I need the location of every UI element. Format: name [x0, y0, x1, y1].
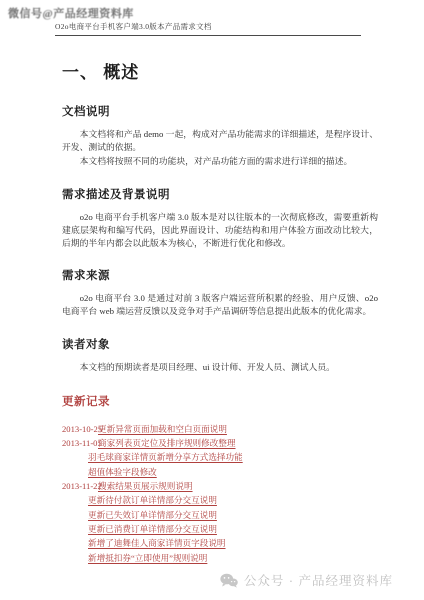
update-date: 2013-11-22	[62, 479, 95, 493]
section-heading-readers: 读者对象	[62, 336, 378, 352]
paragraph: 本文档将按照不同的功能块，对产品功能方面的需求进行详细的描述。	[62, 155, 378, 168]
update-item: 更新待付款订单详情部分交互说明	[88, 495, 217, 505]
update-item: 更新已消费订单详情部分交互说明	[88, 524, 217, 534]
wechat-id-watermark: 微信号@产品经理资料库	[8, 5, 134, 21]
update-item: 羽毛球商家详情页新增分享方式选择功能	[88, 452, 243, 462]
wechat-icon	[220, 573, 238, 588]
paragraph: o2o 电商平台 3.0 是通过对前 3 版客户端运营所积累的经验、用户反馈、o…	[62, 292, 378, 318]
section-heading-update-log: 更新记录	[62, 393, 378, 409]
update-item: 更新已失效订单详情部分交互说明	[88, 510, 217, 520]
paragraph: 本文档将和产品 demo 一起，构成对产品功能需求的详细描述，是程序设计、开发、…	[62, 128, 378, 154]
update-item: 搜索结果页展示规则说明	[98, 481, 193, 491]
document-body: 一、 概述 文档说明 本文档将和产品 demo 一起，构成对产品功能需求的详细描…	[62, 52, 378, 565]
update-item: 新增抵扣券“立即使用”规则说明	[88, 553, 207, 563]
page-header-title: O2o电商平台手机客户端3.0版本产品需求文档	[55, 21, 361, 36]
update-log-row: 2013-11-05商家列表页定位及排序规则修改整理	[62, 436, 378, 450]
update-item: 新增了迪舞佳人商家详情页字段说明	[88, 538, 226, 548]
document-page: 微信号@产品经理资料库 O2o电商平台手机客户端3.0版本产品需求文档 一、 概…	[0, 0, 424, 600]
section-heading-doc-desc: 文档说明	[62, 103, 378, 119]
update-log-row: 2013-10-25更新异常页面加载和空白页面说明	[62, 422, 378, 436]
footer-watermark: 公众号 · 产品经理资料库	[220, 571, 393, 589]
update-log-row: 新增抵扣券“立即使用”规则说明	[62, 551, 378, 565]
section-heading-background: 需求描述及背景说明	[62, 186, 378, 202]
update-log-row: 更新已失效订单详情部分交互说明	[62, 508, 378, 522]
update-log-row: 超值体验字段修改	[62, 465, 378, 479]
update-log-row: 羽毛球商家详情页新增分享方式选择功能	[62, 450, 378, 464]
paragraph: 本文档的预期读者是项目经理、ui 设计师、开发人员、测试人员。	[62, 361, 378, 374]
update-log-row: 新增了迪舞佳人商家详情页字段说明	[62, 536, 378, 550]
update-log-row: 2013-11-22搜索结果页展示规则说明	[62, 479, 378, 493]
update-log-row: 更新已消费订单详情部分交互说明	[62, 522, 378, 536]
paragraph: o2o 电商平台手机客户端 3.0 版本是对以往版本的一次彻底修改，需要重新构建…	[62, 211, 378, 251]
update-item: 商家列表页定位及排序规则修改整理	[98, 438, 236, 448]
update-item: 更新异常页面加载和空白页面说明	[98, 424, 227, 434]
update-date: 2013-10-25	[62, 422, 95, 436]
update-item: 超值体验字段修改	[88, 467, 157, 477]
footer-watermark-label: 公众号 · 产品经理资料库	[244, 571, 393, 589]
update-log-row: 更新待付款订单详情部分交互说明	[62, 493, 378, 507]
update-log: 2013-10-25更新异常页面加载和空白页面说明 2013-11-05商家列表…	[62, 422, 378, 565]
chapter-heading: 一、 概述	[62, 58, 378, 83]
section-heading-source: 需求来源	[62, 267, 378, 283]
update-date: 2013-11-05	[62, 436, 95, 450]
